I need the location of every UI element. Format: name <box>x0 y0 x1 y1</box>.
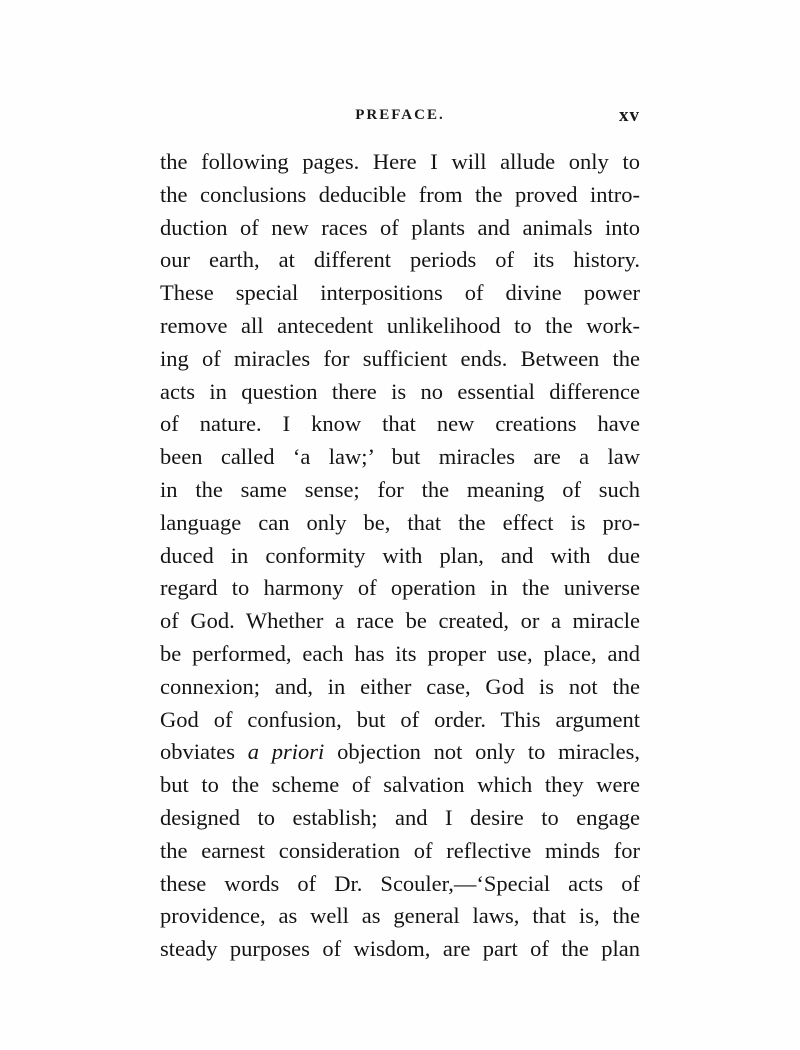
text-line: duced in conformity with plan, and with … <box>160 540 640 573</box>
text-line: God of confusion, but of order. This arg… <box>160 704 640 737</box>
text-line: these words of Dr. Scouler,—‘Special act… <box>160 868 640 901</box>
text-segment: objection not only to miracles, <box>324 739 640 764</box>
body-text: the following pages. Here I will allude … <box>160 146 640 966</box>
text-line: connexion; and, in either case, God is n… <box>160 671 640 704</box>
running-title: PREFACE. <box>160 107 640 124</box>
text-line: steady purposes of wisdom, are part of t… <box>160 933 640 966</box>
text-line: acts in question there is no essential d… <box>160 376 640 409</box>
text-line: regard to harmony of operation in the un… <box>160 572 640 605</box>
text-line: of nature. I know that new creations hav… <box>160 408 640 441</box>
text-line: language can only be, that the effect is… <box>160 507 640 540</box>
text-line: in the same sense; for the meaning of su… <box>160 474 640 507</box>
text-segment: obviates <box>160 739 248 764</box>
text-line: the following pages. Here I will allude … <box>160 146 640 179</box>
text-line: been called ‘a law;’ but miracles are a … <box>160 441 640 474</box>
text-line: duction of new races of plants and anima… <box>160 212 640 245</box>
book-page: PREFACE. xv the following pages. Here I … <box>0 0 800 1050</box>
text-line: designed to establish; and I desire to e… <box>160 802 640 835</box>
text-line-with-italic: obviates a priori objection not only to … <box>160 736 640 769</box>
text-line: ing of miracles for sufficient ends. Bet… <box>160 343 640 376</box>
text-line: providence, as well as general laws, tha… <box>160 900 640 933</box>
page-header: PREFACE. xv <box>160 105 640 129</box>
text-line: our earth, at different periods of its h… <box>160 244 640 277</box>
text-line: the earnest consideration of reflective … <box>160 835 640 868</box>
text-line: These special interpositions of divine p… <box>160 277 640 310</box>
text-line: remove all antecedent unlikelihood to th… <box>160 310 640 343</box>
text-line: be performed, each has its proper use, p… <box>160 638 640 671</box>
text-line: of God. Whether a race be created, or a … <box>160 605 640 638</box>
page-number: xv <box>619 105 640 127</box>
text-line: but to the scheme of salvation which the… <box>160 769 640 802</box>
italic-phrase: a priori <box>248 739 325 764</box>
text-line: the conclusions deducible from the prove… <box>160 179 640 212</box>
